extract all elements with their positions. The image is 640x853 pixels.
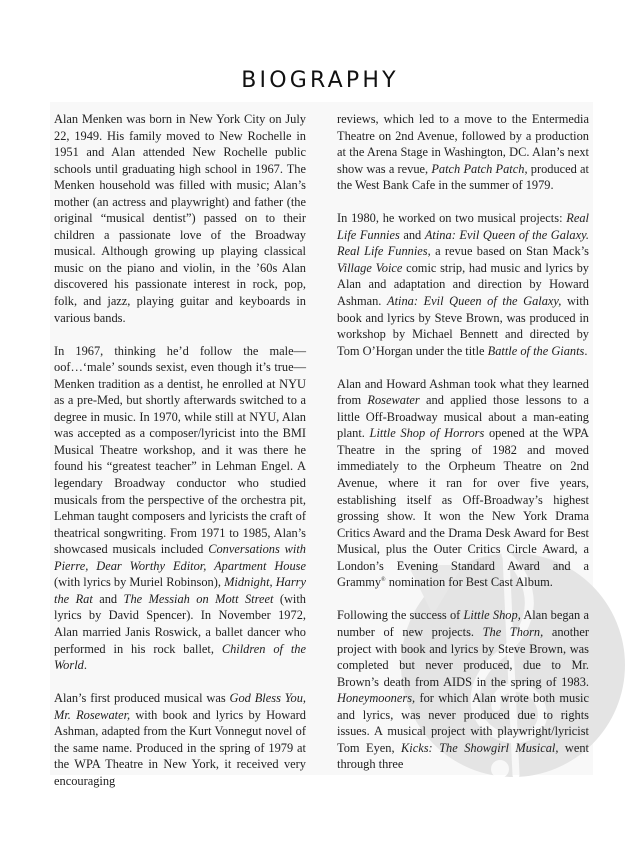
- musical-title: Rosewater: [367, 393, 419, 407]
- paragraph-reviews: reviews, which led to a move to the Ente…: [337, 111, 589, 194]
- left-column: Alan Menken was born in New York City on…: [54, 111, 306, 806]
- paragraph-text: nomination for Best Cast Album.: [386, 575, 553, 589]
- right-column: reviews, which led to a move to the Ente…: [337, 111, 589, 789]
- paragraph-text: Following the success of: [337, 608, 464, 622]
- paragraph-1980: In 1980, he worked on two musical projec…: [337, 210, 589, 359]
- paragraph-new-projects: Following the success of Little Shop, Al…: [337, 607, 589, 772]
- paragraph-text: Alan’s first produced musical was: [54, 691, 230, 705]
- musical-title: Kicks: The Showgirl Musical,: [401, 741, 558, 755]
- paragraph-nyu: In 1967, thinking he’d follow the male—o…: [54, 343, 306, 674]
- paragraph-text: a revue based on Stan Mack’s: [431, 244, 589, 258]
- paragraph-text: and: [93, 592, 124, 606]
- page-title: BIOGRAPHY: [0, 68, 640, 93]
- musical-title: Patch Patch Patch,: [431, 162, 527, 176]
- publication-title: Village Voice: [337, 261, 402, 275]
- paragraph-text: .: [84, 658, 87, 672]
- paragraph-text: In 1980, he worked on two musical projec…: [337, 211, 566, 225]
- paragraph-first-musical: Alan’s first produced musical was God Bl…: [54, 690, 306, 789]
- musical-title: The Thorn,: [483, 625, 544, 639]
- paragraph-text: .: [584, 344, 587, 358]
- paragraph-text: Alan Menken was born in New York City on…: [54, 112, 306, 325]
- musical-title: Little Shop of Horrors: [370, 426, 485, 440]
- musical-title: Little Shop,: [464, 608, 521, 622]
- paragraph-text: opened at the WPA Theatre in the spring …: [337, 426, 589, 589]
- paragraph-birth: Alan Menken was born in New York City on…: [54, 111, 306, 326]
- musical-title: Atina: Evil Queen of the Galaxy,: [387, 294, 561, 308]
- musical-title: Honeymooners,: [337, 691, 415, 705]
- paragraph-text: In 1967, thinking he’d follow the male—o…: [54, 344, 306, 557]
- musical-title: The Messiah on Mott Street: [124, 592, 274, 606]
- paragraph-text: and: [400, 228, 425, 242]
- musical-title: Battle of the Giants: [488, 344, 585, 358]
- paragraph-little-shop: Alan and Howard Ashman took what they le…: [337, 376, 589, 591]
- paragraph-text: (with lyrics by Muriel Robinson),: [54, 575, 224, 589]
